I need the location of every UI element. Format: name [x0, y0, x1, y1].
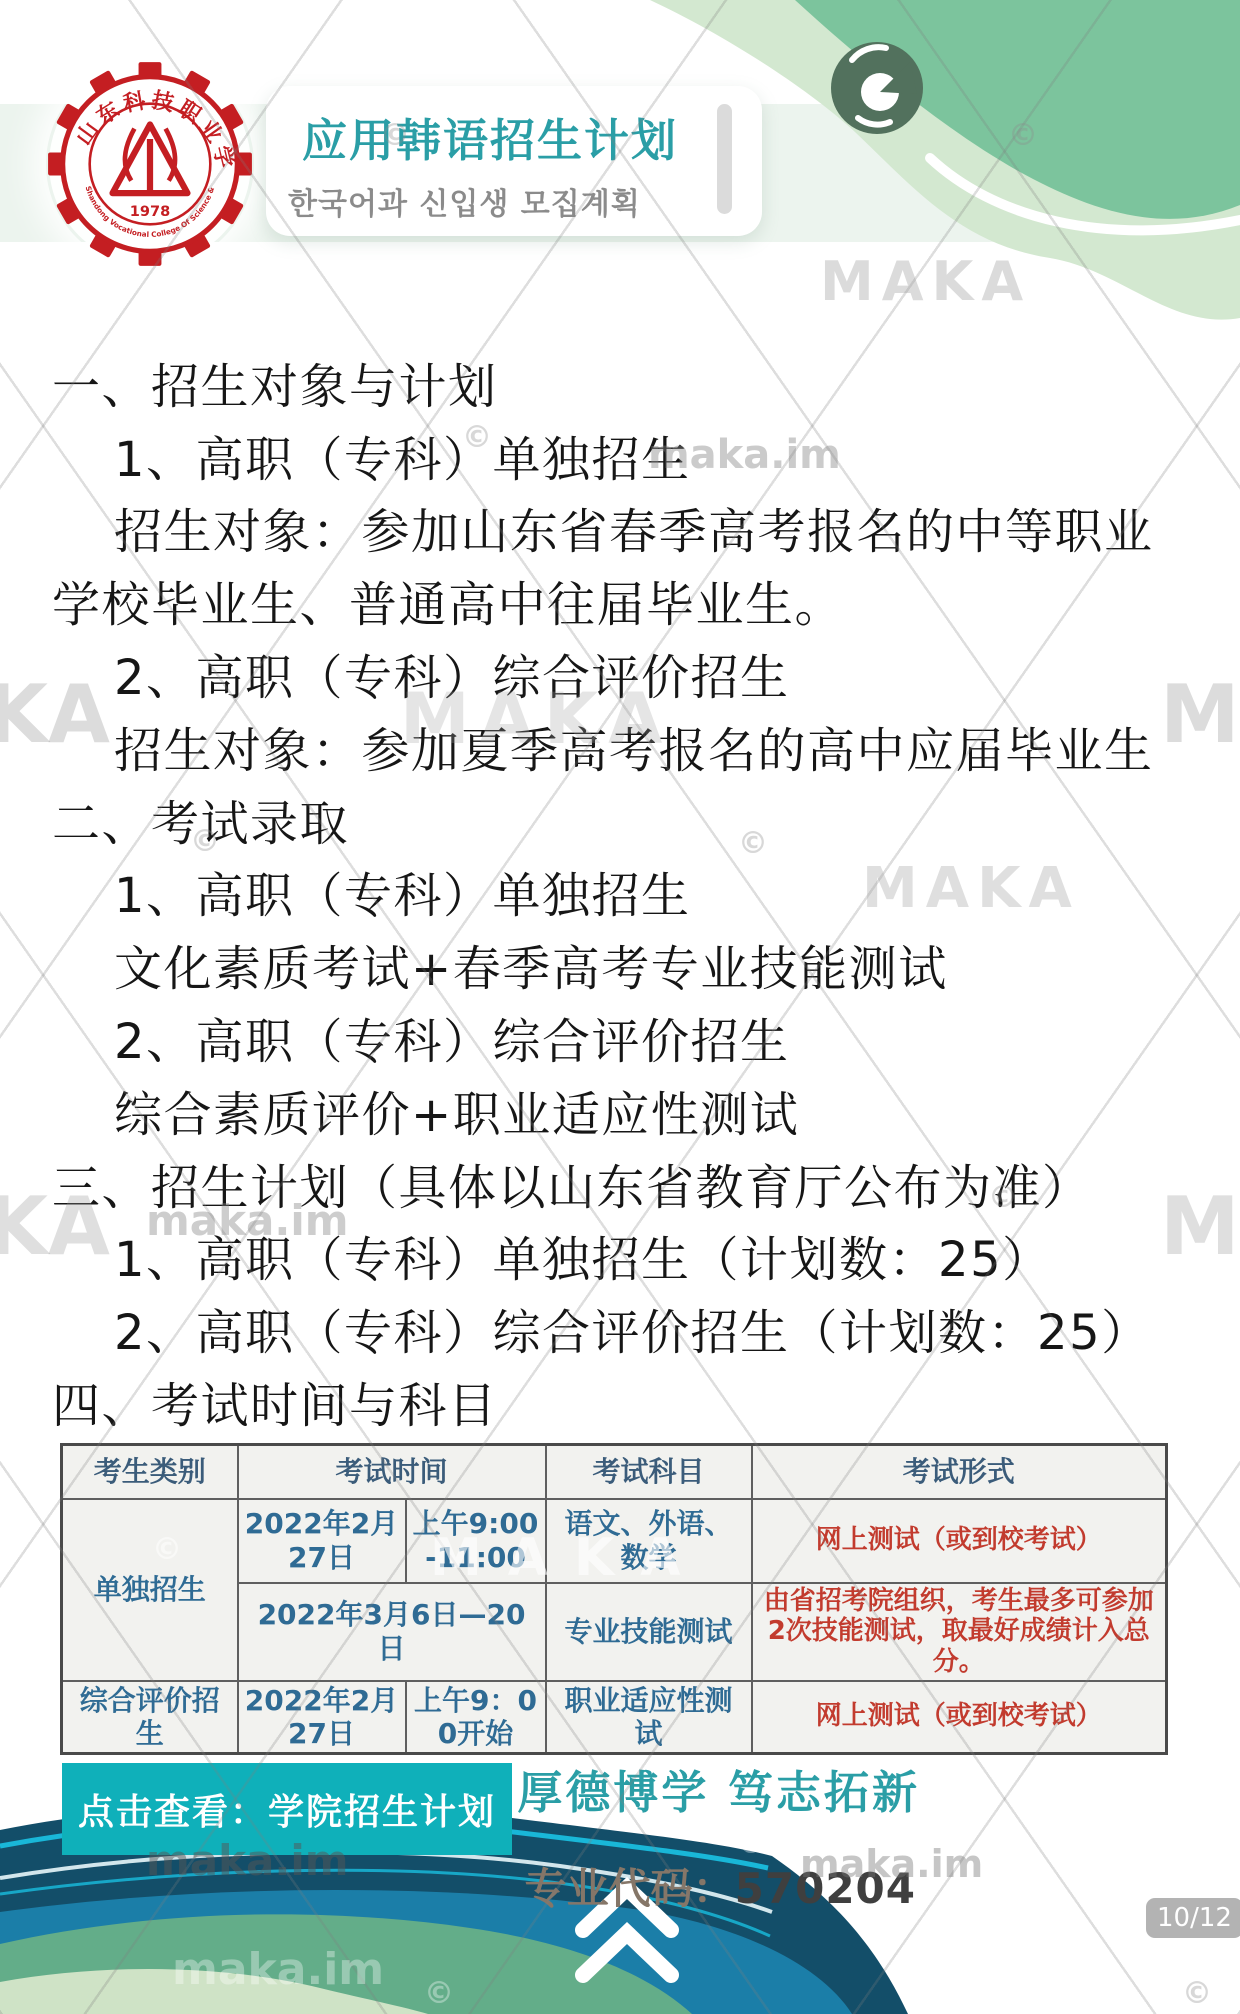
- header-category: 考生类别: [62, 1445, 238, 1499]
- cell-date: 2022年2月27日: [238, 1681, 406, 1754]
- school-logo: 山东科技职业学院 Shandong Vocational College Of …: [46, 60, 254, 268]
- school-motto: 厚德博学 笃志拓新: [517, 1756, 920, 1821]
- header-subject: 考试科目: [546, 1445, 752, 1499]
- body-line: 1、高职（专科）单独招生: [52, 419, 1192, 492]
- body-line: 招生对象：参加山东省春季高考报名的中等职业: [52, 492, 1192, 565]
- cell-time: 上午9:00-11:00: [406, 1499, 546, 1583]
- body-line: 2、高职（专科）综合评价招生（计划数：25）: [52, 1292, 1192, 1365]
- exam-schedule-table: 考生类别 考试时间 考试科目 考试形式 单独招生 2022年2月27日 上午9:…: [60, 1443, 1168, 1755]
- body-line: 1、高职（专科）单独招生（计划数：25）: [52, 1220, 1192, 1293]
- title-card: 应用韩语招生计划 한국어과 신입생 모집계획: [266, 86, 762, 236]
- body-line: 三、招生计划（具体以山东省教育厅公布为准）: [52, 1147, 1192, 1220]
- page-indicator-badge: 10/12: [1146, 1898, 1240, 1938]
- table-row: 综合评价招生 2022年2月27日 上午9：00开始 职业适应性测试 网上测试（…: [62, 1681, 1167, 1754]
- clock-logo-icon: [831, 42, 923, 134]
- cell-form: 网上测试（或到校考试）: [752, 1499, 1167, 1583]
- body-line: 招生对象：参加夏季高考报名的高中应届毕业生: [52, 710, 1192, 783]
- major-code-label: 专业代码：: [525, 1864, 735, 1913]
- body-line: 四、考试时间与科目: [52, 1365, 1192, 1438]
- cell-category: 综合评价招生: [62, 1681, 238, 1754]
- table-header-row: 考生类别 考试时间 考试科目 考试形式: [62, 1445, 1167, 1499]
- logo-year: 1978: [130, 203, 171, 220]
- cell-date: 2022年2月27日: [238, 1499, 406, 1583]
- cell-time: 上午9：00开始: [406, 1681, 546, 1754]
- page-title: 应用韩语招生计划: [302, 104, 762, 169]
- title-pill-decoration: [717, 104, 732, 214]
- cell-form: 由省招考院组织，考生最多可参加2次技能测试，取最好成绩计入总分。: [752, 1583, 1167, 1681]
- cell-subject: 职业适应性测试: [546, 1681, 752, 1754]
- body-line: 学校毕业生、普通高中往届毕业生。: [52, 564, 1192, 637]
- body-line: 1、高职（专科）单独招生: [52, 856, 1192, 929]
- header-time: 考试时间: [238, 1445, 546, 1499]
- page-subtitle-korean: 한국어과 신입생 모집계획: [288, 179, 762, 223]
- table-row: 单独招生 2022年2月27日 上午9:00-11:00 语文、外语、数学 网上…: [62, 1499, 1167, 1583]
- view-college-plan-button[interactable]: 点击查看：学院招生计划: [62, 1763, 512, 1855]
- body-text: 一、招生对象与计划 1、高职（专科）单独招生 招生对象：参加山东省春季高考报名的…: [52, 346, 1192, 1438]
- body-line: 二、考试录取: [52, 783, 1192, 856]
- cell-date: 2022年3月6日—20日: [238, 1583, 546, 1681]
- cell-category: 单独招生: [62, 1499, 238, 1681]
- major-code-value: 570204: [735, 1864, 916, 1913]
- cell-subject: 语文、外语、数学: [546, 1499, 752, 1583]
- cell-subject: 专业技能测试: [546, 1583, 752, 1681]
- header-form: 考试形式: [752, 1445, 1167, 1499]
- body-line: 文化素质考试+春季高考专业技能测试: [52, 928, 1192, 1001]
- body-line: 一、招生对象与计划: [52, 346, 1192, 419]
- body-line: 2、高职（专科）综合评价招生: [52, 1001, 1192, 1074]
- body-line: 2、高职（专科）综合评价招生: [52, 637, 1192, 710]
- body-line: 综合素质评价+职业适应性测试: [52, 1074, 1192, 1147]
- major-code: 专业代码：570204: [525, 1856, 916, 1916]
- poster-page: 山东科技职业学院 Shandong Vocational College Of …: [0, 0, 1240, 2014]
- cell-form: 网上测试（或到校考试）: [752, 1681, 1167, 1754]
